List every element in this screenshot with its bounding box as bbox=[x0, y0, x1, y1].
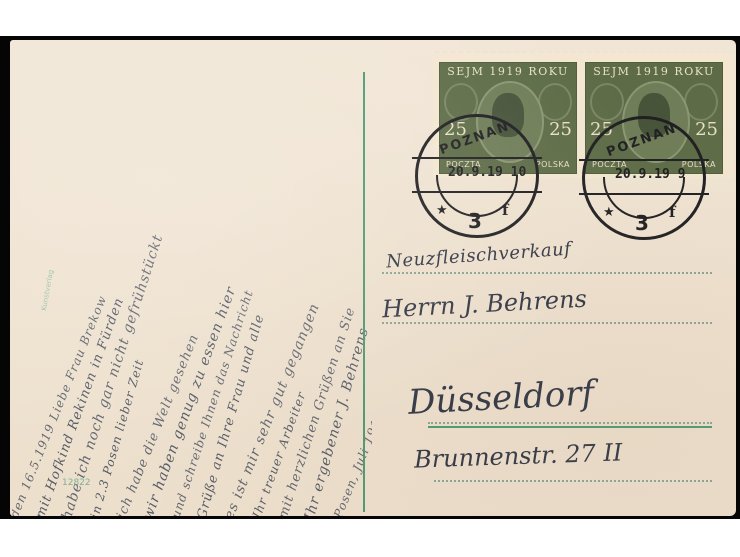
ornament-icon bbox=[590, 83, 624, 121]
address-recipient: Herrn J. Behrens bbox=[381, 285, 587, 324]
cancel-bar bbox=[412, 157, 542, 159]
printer-mark: 12822 bbox=[62, 478, 91, 488]
postcard: den 16.5.1919 Liebe Frau Brekowmit Hofki… bbox=[10, 40, 736, 516]
postmark-town: POZNAN bbox=[605, 121, 680, 160]
postmark-date: 20.9.19 9 bbox=[615, 167, 685, 182]
postmark: POZNAN 20.9.19 10 ★ 3 f bbox=[415, 114, 539, 238]
address-rule bbox=[382, 272, 712, 274]
address-line-1: Neuzfleischverkauf bbox=[385, 239, 572, 273]
address-rule bbox=[382, 322, 712, 324]
postmark-date: 20.9.19 10 bbox=[448, 165, 526, 180]
address-city: Düsseldorf bbox=[407, 373, 595, 423]
postmark-number: 3 bbox=[468, 209, 482, 233]
postmark-number: 3 bbox=[635, 211, 649, 235]
handwritten-message: den 16.5.1919 Liebe Frau Brekowmit Hofki… bbox=[12, 46, 372, 516]
stamp-label: POLSKA bbox=[536, 160, 570, 169]
postmark-town: POZNAN bbox=[438, 119, 513, 158]
divider-line bbox=[363, 72, 365, 512]
cancel-bar bbox=[579, 159, 709, 161]
address-rule bbox=[434, 480, 712, 482]
address-street: Brunnenstr. 27 II bbox=[414, 438, 623, 473]
stamp-title: SEJM 1919 ROKU bbox=[586, 65, 722, 78]
postmark-letter: f bbox=[669, 203, 675, 221]
stamp-value: 25 bbox=[549, 119, 572, 140]
star-icon: ★ bbox=[603, 205, 615, 220]
postmark-letter: f bbox=[502, 201, 508, 219]
postmark: POZNAN 20.9.19 9 ★ 3 f bbox=[582, 116, 706, 240]
stamp-value: 25 bbox=[695, 119, 718, 140]
star-icon: ★ bbox=[436, 203, 448, 218]
address-rule-city bbox=[428, 426, 712, 428]
stamp-title: SEJM 1919 ROKU bbox=[440, 65, 576, 78]
